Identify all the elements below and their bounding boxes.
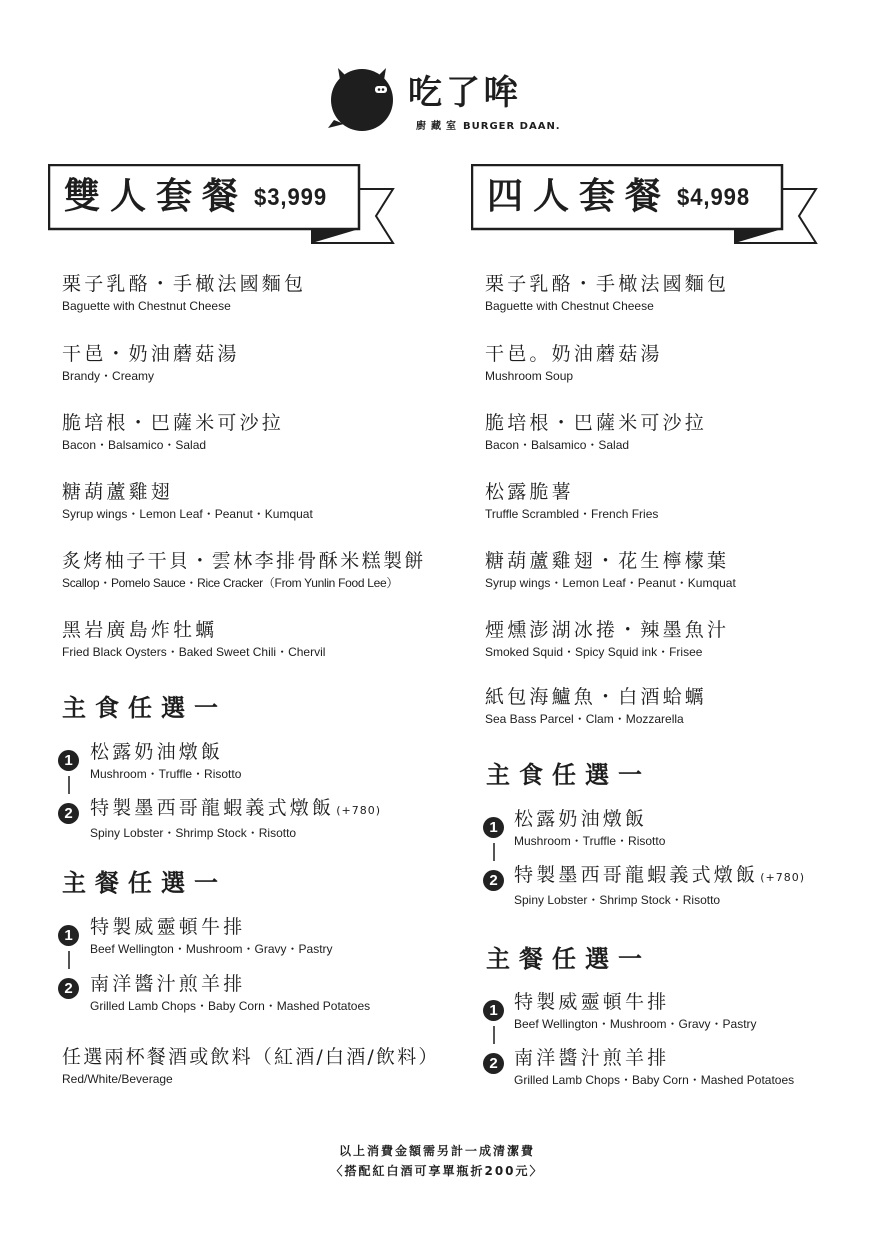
course-name-cn: 脆培根・巴薩米可沙拉	[62, 411, 284, 435]
course-name-cn: 干邑・奶油蘑菇湯	[62, 342, 240, 366]
course-name-cn: 栗子乳酪・手橄法國麵包	[62, 272, 306, 296]
course-item: 脆培根・巴薩米可沙拉 Bacon・Balsamico・Salad	[485, 411, 707, 453]
brand-sub-en: BURGER DAAN.	[463, 121, 561, 132]
course-item: 黑岩廣島炸牡蠣 Fried Black Oysters・Baked Sweet …	[62, 618, 325, 660]
course-name-en: Brandy・Creamy	[62, 368, 240, 384]
main-option: 南洋醬汁煎羊排 Grilled Lamb Chops・Baby Corn・Mas…	[514, 1046, 794, 1088]
brand-name: 吃了哞	[408, 76, 522, 110]
option-number-badge: 1	[483, 817, 504, 838]
course-item: 糖葫蘆雞翅・花生檸檬葉 Syrup wings・Lemon Leaf・Peanu…	[485, 549, 736, 591]
drinks-name-cn: 任選兩杯餐酒或飲料（紅酒/白酒/飲料）	[62, 1045, 440, 1069]
option-name-cn: 特製威靈頓牛排	[90, 915, 333, 939]
course-name-en: Truffle Scrambled・French Fries	[485, 506, 658, 522]
course-name-en: Baguette with Chestnut Cheese	[485, 298, 729, 314]
menu-price: $3,999	[254, 183, 327, 213]
staple-option: 特製墨西哥龍蝦義式燉飯(+780) Spiny Lobster・Shrimp S…	[514, 863, 805, 908]
menu-title: 四人套餐	[487, 172, 671, 220]
course-name-cn: 松露脆薯	[485, 480, 658, 504]
drinks-item: 任選兩杯餐酒或飲料（紅酒/白酒/飲料） Red/White/Beverage	[62, 1045, 440, 1087]
course-name-en: Syrup wings・Lemon Leaf・Peanut・Kumquat	[62, 506, 313, 522]
option-name-cn: 南洋醬汁煎羊排	[514, 1046, 794, 1070]
option-name-en: Grilled Lamb Chops・Baby Corn・Mashed Pota…	[90, 998, 370, 1014]
course-name-en: Bacon・Balsamico・Salad	[485, 437, 707, 453]
staple-heading: 主食任選一	[486, 760, 651, 790]
staple-option: 松露奶油燉飯 Mushroom・Truffle・Risotto	[90, 740, 241, 782]
course-item: 干邑・奶油蘑菇湯 Brandy・Creamy	[62, 342, 240, 384]
course-name-cn: 干邑。奶油蘑菇湯	[485, 342, 663, 366]
course-item: 紙包海鱸魚・白酒蛤蠣 Sea Bass Parcel・Clam・Mozzarel…	[485, 685, 707, 727]
course-name-en: Baguette with Chestnut Cheese	[62, 298, 306, 314]
course-name-cn: 糖葫蘆雞翅	[62, 480, 313, 504]
option-name-en: Mushroom・Truffle・Risotto	[90, 766, 241, 782]
option-number-badge: 2	[483, 1053, 504, 1074]
course-name-cn: 煙燻澎湖冰捲・辣墨魚汁	[485, 618, 729, 642]
option-number-badge: 1	[58, 925, 79, 946]
main-option: 南洋醬汁煎羊排 Grilled Lamb Chops・Baby Corn・Mas…	[90, 972, 370, 1014]
course-name-en: Mushroom Soup	[485, 368, 663, 384]
course-name-cn: 糖葫蘆雞翅・花生檸檬葉	[485, 549, 736, 573]
menu-price: $4,998	[677, 183, 750, 213]
course-item: 干邑。奶油蘑菇湯 Mushroom Soup	[485, 342, 663, 384]
option-name-cn: 特製威靈頓牛排	[514, 990, 757, 1014]
brand-sub-cn: 廚藏室	[416, 121, 461, 132]
staple-option: 松露奶油燉飯 Mushroom・Truffle・Risotto	[514, 807, 665, 849]
option-name-cn: 特製墨西哥龍蝦義式燉飯	[514, 864, 758, 886]
main-option: 特製威靈頓牛排 Beef Wellington・Mushroom・Gravy・P…	[90, 915, 333, 957]
option-name-en: Spiny Lobster・Shrimp Stock・Risotto	[90, 825, 381, 841]
option-name-en: Spiny Lobster・Shrimp Stock・Risotto	[514, 892, 805, 908]
main-heading: 主餐任選一	[62, 868, 227, 898]
course-name-cn: 脆培根・巴薩米可沙拉	[485, 411, 707, 435]
option-name-en: Grilled Lamb Chops・Baby Corn・Mashed Pota…	[514, 1072, 794, 1088]
course-name-en: Syrup wings・Lemon Leaf・Peanut・Kumquat	[485, 575, 736, 591]
course-name-en: Fried Black Oysters・Baked Sweet Chili・Ch…	[62, 644, 325, 660]
option-connector-line	[493, 1026, 495, 1044]
option-name-en: Beef Wellington・Mushroom・Gravy・Pastry	[514, 1016, 757, 1032]
footer-wine-discount-note: 〈搭配紅白酒可享單瓶折200元〉	[0, 1161, 874, 1181]
course-item: 栗子乳酪・手橄法國麵包 Baguette with Chestnut Chees…	[485, 272, 729, 314]
staple-heading: 主食任選一	[62, 693, 227, 723]
option-name-en: Beef Wellington・Mushroom・Gravy・Pastry	[90, 941, 333, 957]
option-number-badge: 1	[58, 750, 79, 771]
option-name-cn: 特製墨西哥龍蝦義式燉飯	[90, 797, 334, 819]
course-name-cn: 紙包海鱸魚・白酒蛤蠣	[485, 685, 707, 709]
main-heading: 主餐任選一	[486, 944, 651, 974]
option-connector-line	[68, 951, 70, 969]
brand-logo: 吃了哞 廚藏室BURGER DAAN.	[326, 62, 556, 136]
menu-title-ribbon-four: 四人套餐 $4,998	[471, 164, 821, 246]
menu-title: 雙人套餐	[64, 172, 248, 220]
course-name-en: Bacon・Balsamico・Salad	[62, 437, 284, 453]
main-option: 特製威靈頓牛排 Beef Wellington・Mushroom・Gravy・P…	[514, 990, 757, 1032]
option-name-cn: 松露奶油燉飯	[90, 740, 241, 764]
course-name-en: Scallop・Pomelo Sauce・Rice Cracker（From Y…	[62, 575, 426, 591]
menu-title-ribbon-two: 雙人套餐 $3,999	[48, 164, 398, 246]
staple-option: 特製墨西哥龍蝦義式燉飯(+780) Spiny Lobster・Shrimp S…	[90, 796, 381, 841]
brand-subtitle: 廚藏室BURGER DAAN.	[416, 117, 561, 132]
option-surcharge: (+780)	[336, 804, 381, 817]
option-connector-line	[493, 843, 495, 861]
footer-service-charge-note: 以上消費金額需另計一成清潔費	[0, 1141, 874, 1161]
course-item: 脆培根・巴薩米可沙拉 Bacon・Balsamico・Salad	[62, 411, 284, 453]
cow-speech-bubble-icon	[326, 62, 406, 136]
option-number-badge: 2	[483, 870, 504, 891]
course-item: 炙烤柚子干貝・雲林李排骨酥米糕製餅 Scallop・Pomelo Sauce・R…	[62, 549, 426, 591]
option-name-cn: 南洋醬汁煎羊排	[90, 972, 370, 996]
course-name-en: Smoked Squid・Spicy Squid ink・Frisee	[485, 644, 729, 660]
course-name-cn: 炙烤柚子干貝・雲林李排骨酥米糕製餅	[62, 549, 426, 573]
option-name-cn: 松露奶油燉飯	[514, 807, 665, 831]
course-name-en: Sea Bass Parcel・Clam・Mozzarella	[485, 711, 707, 727]
option-name-en: Mushroom・Truffle・Risotto	[514, 833, 665, 849]
course-item: 煙燻澎湖冰捲・辣墨魚汁 Smoked Squid・Spicy Squid ink…	[485, 618, 729, 660]
drinks-name-en: Red/White/Beverage	[62, 1071, 440, 1087]
course-item: 栗子乳酪・手橄法國麵包 Baguette with Chestnut Chees…	[62, 272, 306, 314]
option-number-badge: 2	[58, 978, 79, 999]
option-connector-line	[68, 776, 70, 794]
course-name-cn: 黑岩廣島炸牡蠣	[62, 618, 325, 642]
course-name-cn: 栗子乳酪・手橄法國麵包	[485, 272, 729, 296]
course-item: 松露脆薯 Truffle Scrambled・French Fries	[485, 480, 658, 522]
course-item: 糖葫蘆雞翅 Syrup wings・Lemon Leaf・Peanut・Kumq…	[62, 480, 313, 522]
option-surcharge: (+780)	[760, 871, 805, 884]
option-number-badge: 1	[483, 1000, 504, 1021]
option-number-badge: 2	[58, 803, 79, 824]
